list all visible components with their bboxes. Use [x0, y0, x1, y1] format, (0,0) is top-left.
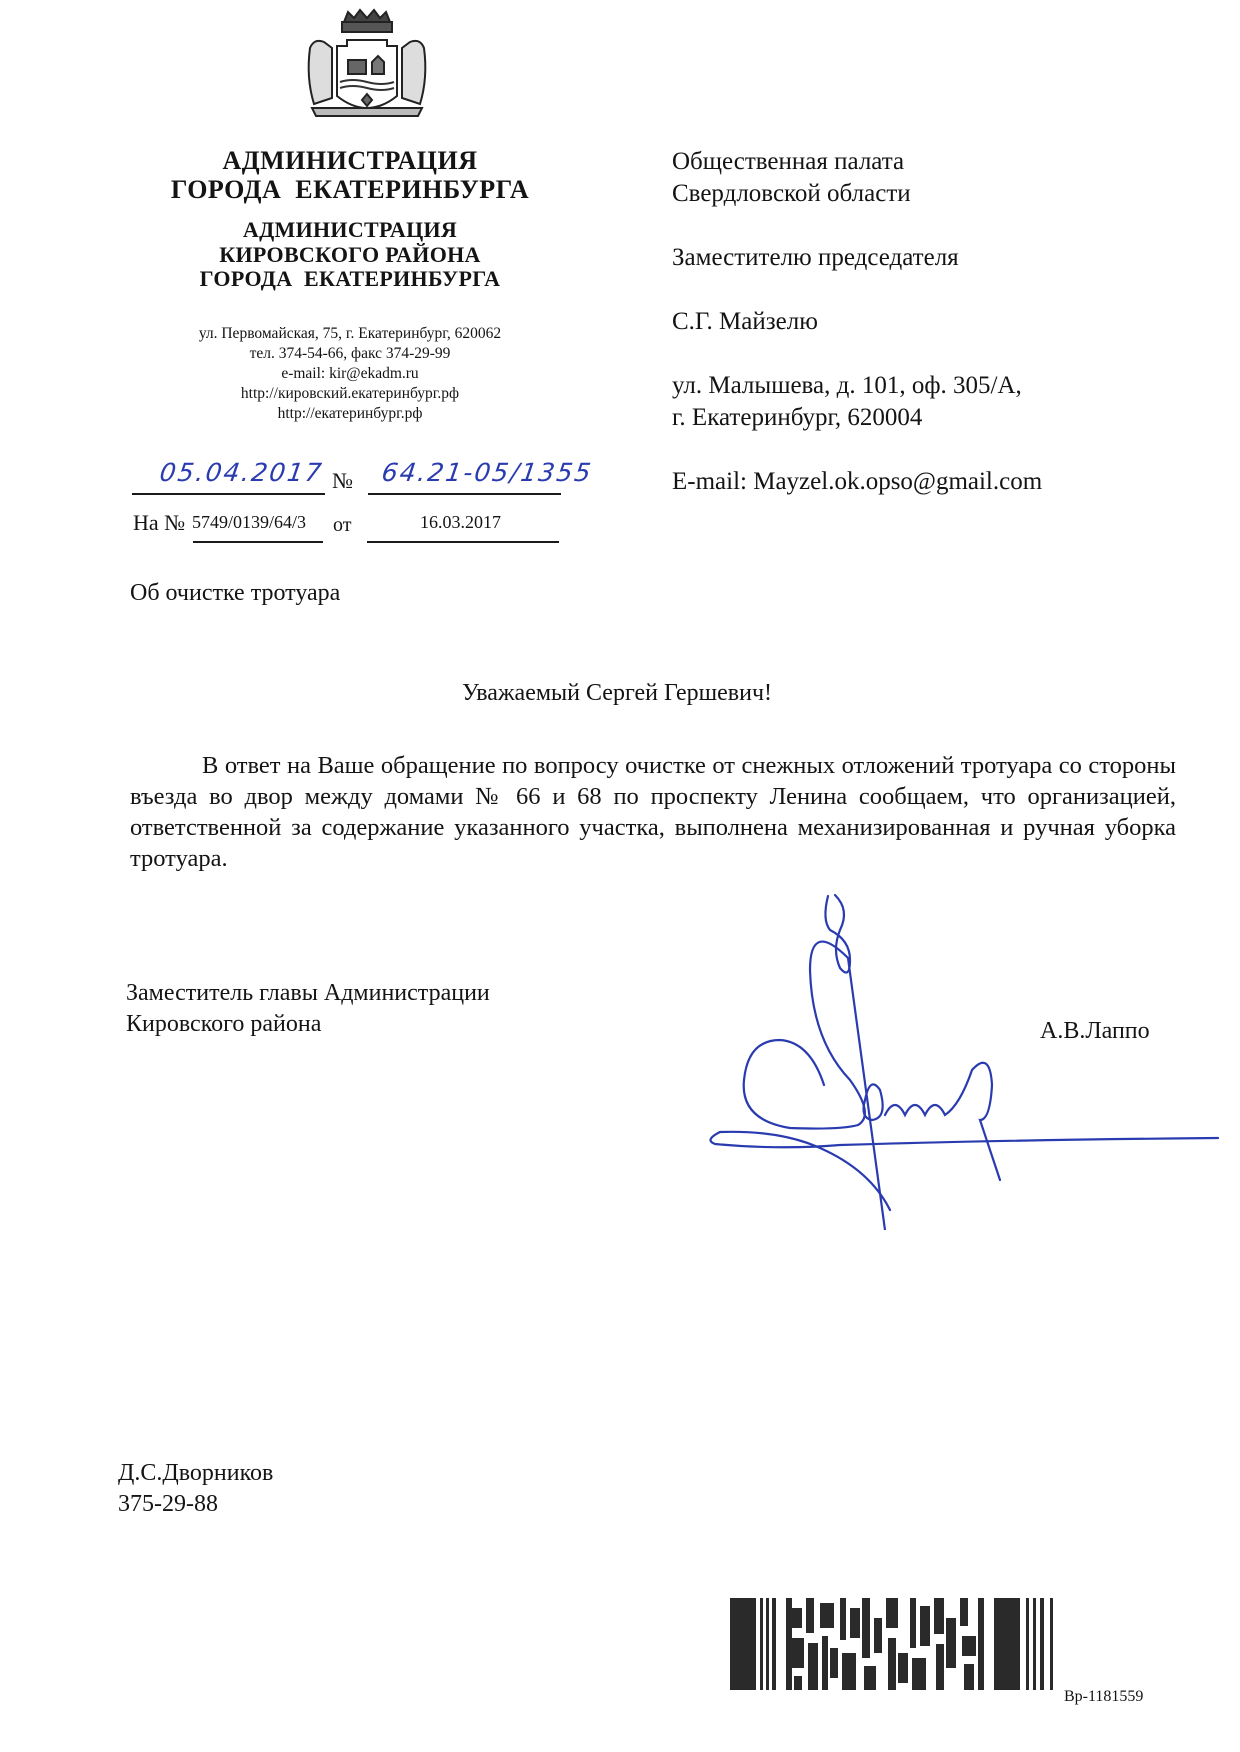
outgoing-date: 05.04.2017 [158, 458, 325, 487]
recipient-position: Заместителю председателя [672, 242, 1042, 274]
recipient-org-line2: Свердловской области [672, 178, 1042, 210]
number-underline [368, 493, 561, 495]
reply-date-underline [367, 541, 559, 543]
reply-prefix: На № [133, 510, 185, 536]
date-underline [132, 493, 325, 495]
number-sign: № [332, 468, 353, 494]
recipient-address-line2: г. Екатеринбург, 620004 [672, 402, 1042, 434]
signatory-title-line2: Кировского района [126, 1009, 490, 1040]
coat-of-arms-icon [292, 8, 442, 126]
org-sub-line1: АДМИНИСТРАЦИЯ [130, 218, 570, 243]
signatory-name: А.В.Лаппо [1040, 1018, 1150, 1045]
executor-block: Д.С.Дворников 375-29-88 [118, 1458, 273, 1520]
contact-address: ул. Первомайская, 75, г. Екатеринбург, 6… [140, 324, 560, 344]
registration-number: Вр-1181559 [1064, 1688, 1143, 1706]
executor-phone: 375-29-88 [118, 1489, 273, 1520]
org-sub-line2: КИРОВСКОГО РАЙОНА [130, 243, 570, 268]
letter-greeting: Уважаемый Сергей Гершевич! [462, 680, 772, 707]
letter-subject: Об очистке тротуара [130, 580, 340, 607]
executor-name: Д.С.Дворников [118, 1458, 273, 1489]
letterhead-contacts: ул. Первомайская, 75, г. Екатеринбург, 6… [140, 324, 560, 424]
organization-name: АДМИНИСТРАЦИЯ ГОРОДА ЕКАТЕРИНБУРГА [130, 146, 570, 204]
recipient-block: Общественная палата Свердловской области… [672, 146, 1042, 498]
contact-phone: тел. 374-54-66, факс 374-29-99 [140, 344, 560, 364]
body-paragraph: В ответ на Ваше обращение по вопросу очи… [130, 750, 1176, 874]
contact-email: e-mail: kir@ekadm.ru [140, 364, 560, 384]
org-sub-line3: ГОРОДА ЕКАТЕРИНБУРГА [130, 267, 570, 292]
handwritten-signature-icon [700, 880, 1220, 1230]
signatory-title-line1: Заместитель главы Администрации [126, 978, 490, 1009]
contact-website-district: http://кировский.екатеринбург.рф [140, 384, 560, 404]
reply-date: 16.03.2017 [420, 512, 501, 533]
recipient-address-line1: ул. Малышева, д. 101, оф. 305/А, [672, 370, 1042, 402]
signatory-title: Заместитель главы Администрации Кировско… [126, 978, 490, 1040]
reply-number: 5749/0139/64/3 [192, 512, 306, 533]
recipient-org-line1: Общественная палата [672, 146, 1042, 178]
district-name: АДМИНИСТРАЦИЯ КИРОВСКОГО РАЙОНА ГОРОДА Е… [130, 218, 570, 292]
org-main-line1: АДМИНИСТРАЦИЯ [130, 146, 570, 175]
reply-number-underline [193, 541, 323, 543]
contact-website-city: http://екатеринбург.рф [140, 404, 560, 424]
letter-body: В ответ на Ваше обращение по вопросу очи… [130, 750, 1176, 874]
org-main-line2: ГОРОДА ЕКАТЕРИНБУРГА [130, 175, 570, 204]
recipient-name: С.Г. Майзелю [672, 306, 1042, 338]
reply-from: от [333, 514, 351, 537]
recipient-email: E-mail: Mayzel.ok.opso@gmail.com [672, 466, 1042, 498]
pdf417-barcode-icon [730, 1598, 1058, 1690]
outgoing-number: 64.21-05/1355 [380, 458, 595, 487]
